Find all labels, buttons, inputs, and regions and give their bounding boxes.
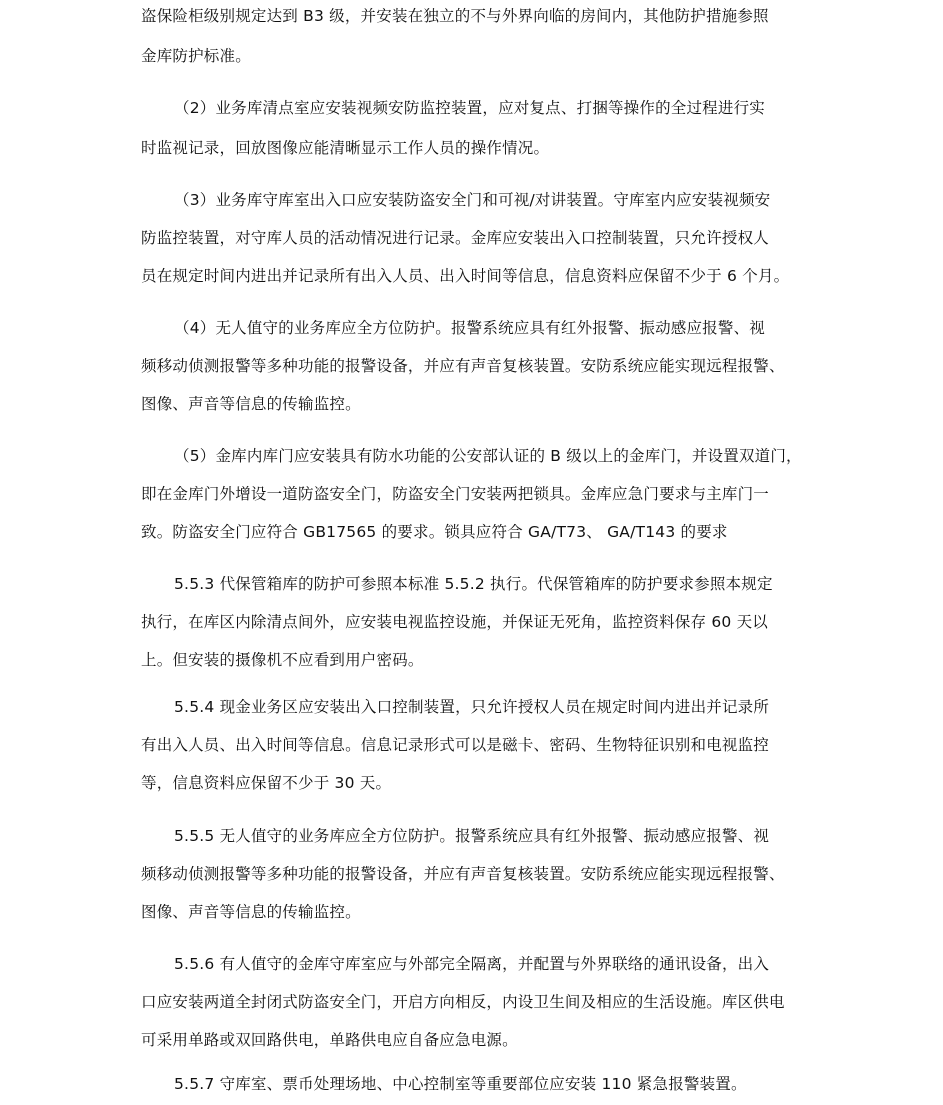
text-line: 5.5.3 代保管箱库的防护可参照本标准 5.5.2 执行。代保管箱库的防护要求… (174, 574, 773, 594)
text-line: 图像、声音等信息的传输监控。 (141, 394, 361, 414)
text-line: 图像、声音等信息的传输监控。 (141, 902, 361, 922)
text-line: 5.5.6 有人值守的金库守库室应与外部完全隔离，并配置与外界联络的通讯设备，出… (174, 954, 769, 974)
text-line: 上。但安装的摄像机不应看到用户密码。 (141, 650, 424, 670)
text-line: 防监控装置，对守库人员的活动情况进行记录。金库应安装出入口控制装置，只允许授权人 (141, 228, 769, 248)
text-line: 5.5.5 无人值守的业务库应全方位防护。报警系统应具有红外报警、振动感应报警、… (174, 826, 769, 846)
text-line: 致。防盗安全门应符合 GB17565 的要求。锁具应符合 GA/T73、 GA/… (141, 522, 728, 542)
text-line: 即在金库门外增设一道防盗安全门，防盗安全门安装两把锁具。金库应急门要求与主库门一 (141, 484, 769, 504)
text-line: 5.5.4 现金业务区应安装出入口控制装置，只允许授权人员在规定时间内进出并记录… (174, 697, 769, 717)
text-line: 盗保险柜级别规定达到 B3 级，并安装在独立的不与外界向临的房间内，其他防护措施… (141, 6, 769, 26)
text-line: 可采用单路或双回路供电，单路供电应自备应急电源。 (141, 1030, 518, 1050)
text-line: 等，信息资料应保留不少于 30 天。 (141, 773, 391, 793)
text-line: 频移动侦测报警等多种功能的报警设备，并应有声音复核装置。安防系统应能实现远程报警… (141, 864, 785, 884)
text-line: 时监视记录，回放图像应能清晰显示工作人员的操作情况。 (141, 138, 549, 158)
text-line: 金库防护标准。 (141, 46, 251, 66)
text-line: 有出入人员、出入时间等信息。信息记录形式可以是磁卡、密码、生物特征识别和电视监控 (141, 735, 769, 755)
text-line: （2）业务库清点室应安装视频安防监控装置，应对复点、打捆等操作的全过程进行实 (174, 98, 765, 118)
text-line: 员在规定时间内进出并记录所有出入人员、出入时间等信息，信息资料应保留不少于 6 … (141, 266, 789, 286)
text-line: （3）业务库守库室出入口应安装防盗安全门和可视/对讲装置。守库室内应安装视频安 (174, 190, 770, 210)
text-line: 5.5.7 守库室、票币处理场地、中心控制室等重要部位应安装 110 紧急报警装… (174, 1074, 747, 1094)
text-line: 频移动侦测报警等多种功能的报警设备，并应有声音复核装置。安防系统应能实现远程报警… (141, 356, 785, 376)
text-line: 口应安装两道全封闭式防盗安全门，开启方向相反，内设卫生间及相应的生活设施。库区供… (141, 992, 785, 1012)
text-line: （5）金库内库门应安装具有防水功能的公安部认证的 B 级以上的金库门，并设置双道… (174, 446, 802, 466)
text-line: 执行，在库区内除清点间外，应安装电视监控设施，并保证无死角，监控资料保存 60 … (141, 612, 768, 632)
text-line: （4）无人值守的业务库应全方位防护。报警系统应具有红外报警、振动感应报警、视 (174, 318, 765, 338)
